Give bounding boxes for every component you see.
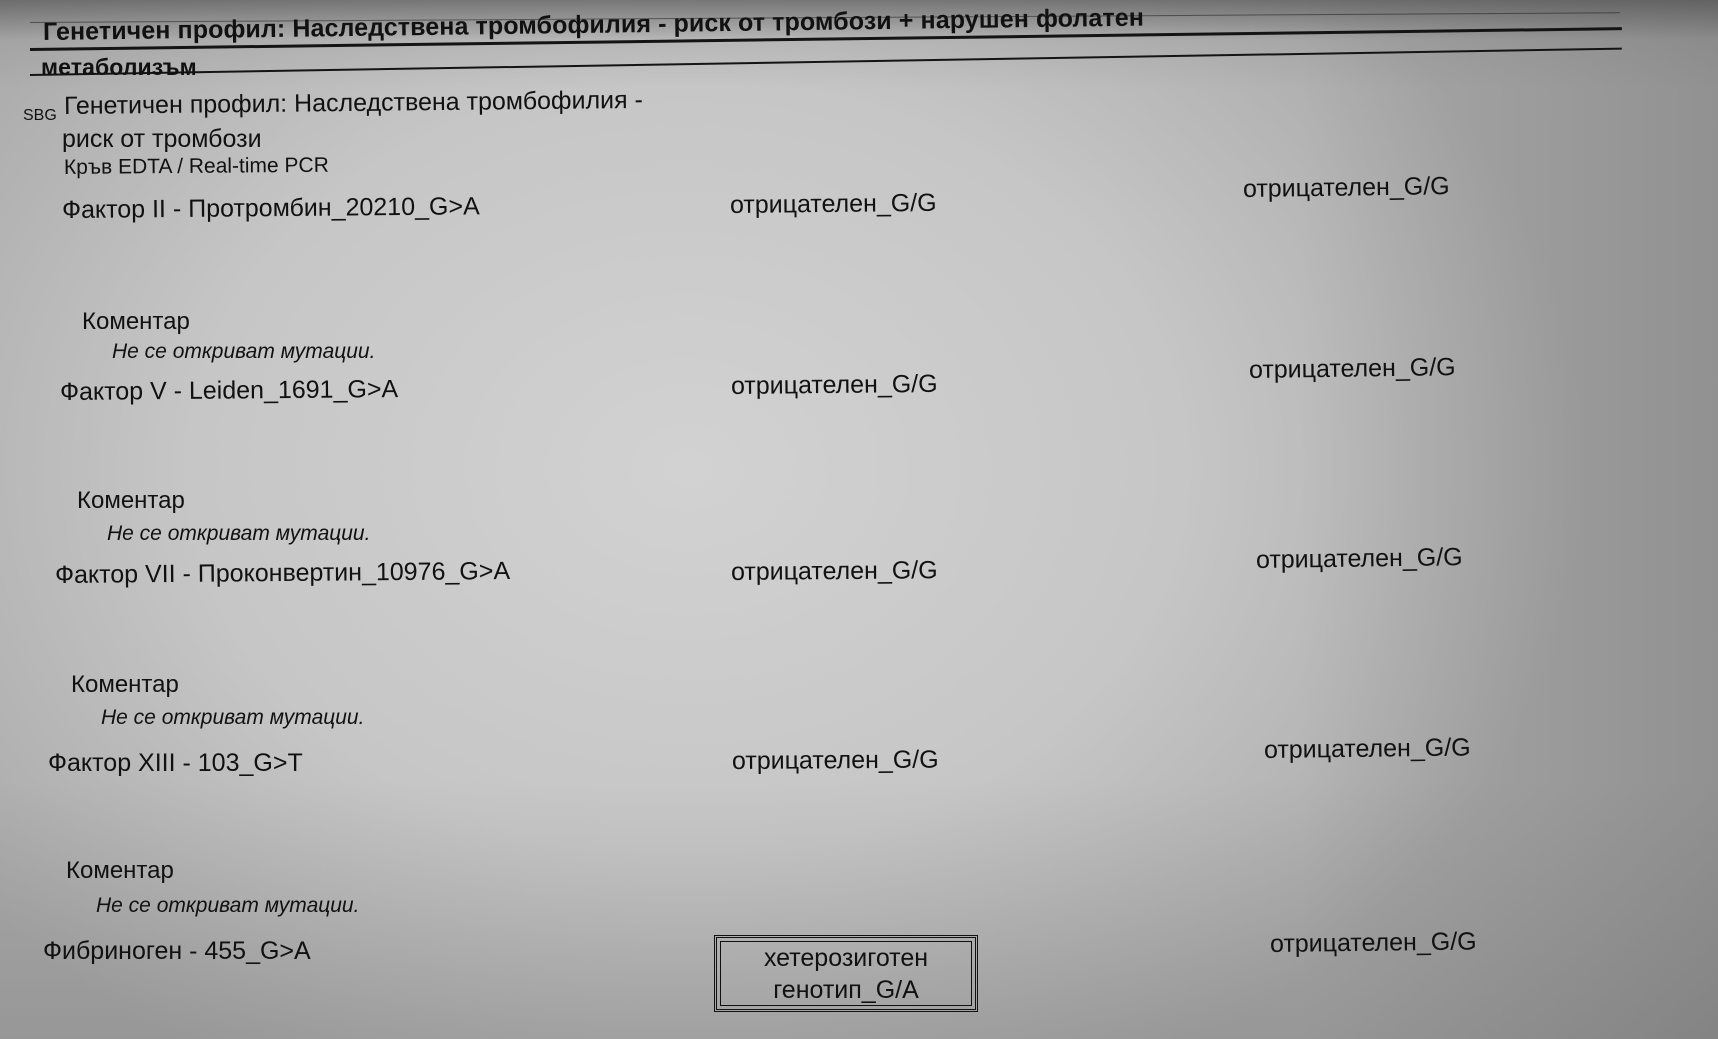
comment-label: Коментар — [66, 857, 174, 885]
report-header-title-continued: метаболизъм — [41, 54, 197, 81]
specimen-method: Кръв EDTA / Real-time PCR — [64, 154, 329, 180]
header-thin-rule — [30, 48, 1622, 76]
lighting-shade-right — [1298, 0, 1718, 1039]
test-name: Фактор VII - Проконвертин_10976_G>A — [55, 557, 510, 590]
test-result: отрицателен_G/G — [732, 746, 939, 776]
test-result: отрицателен_G/G — [730, 189, 937, 220]
test-result: отрицателен_G/G — [731, 370, 938, 401]
comment-text: Не се откриват мутации. — [96, 894, 359, 918]
test-name: Фибриноген - 455_G>A — [43, 937, 311, 966]
comment-text: Не се откриват мутации. — [107, 522, 370, 546]
comment-text: Не се откриват мутации. — [112, 340, 375, 364]
comment-text: Не се откриват мутации. — [101, 706, 364, 730]
comment-label: Коментар — [77, 487, 185, 515]
reference-value: отрицателен_G/G — [1243, 172, 1450, 204]
test-name: Фактор V - Leiden_1691_G>A — [60, 375, 398, 407]
section-code: SBG — [23, 107, 57, 125]
flagged-result-box: хетерозиготен генотип_G/A — [714, 935, 978, 1012]
reference-value: отрицателен_G/G — [1270, 927, 1477, 959]
section-title: Генетичен профил: Наследствена тромбофил… — [64, 86, 643, 121]
reference-value: отрицателен_G/G — [1249, 353, 1456, 385]
reference-value: отрицателен_G/G — [1256, 543, 1463, 575]
flagged-result-line2: генотип_G/A — [773, 974, 919, 1006]
test-name: Фактор II - Протромбин_20210_G>A — [62, 192, 480, 225]
flagged-result-line1: хетерозиготен — [764, 942, 928, 974]
comment-label: Коментар — [82, 308, 190, 336]
reference-value: отрицателен_G/G — [1264, 733, 1471, 765]
section-title-continued: риск от тромбози — [62, 125, 262, 154]
test-name: Фактор XIII - 103_G>T — [48, 749, 303, 778]
comment-label: Коментар — [71, 671, 179, 699]
test-result: отрицателен_G/G — [731, 556, 938, 587]
